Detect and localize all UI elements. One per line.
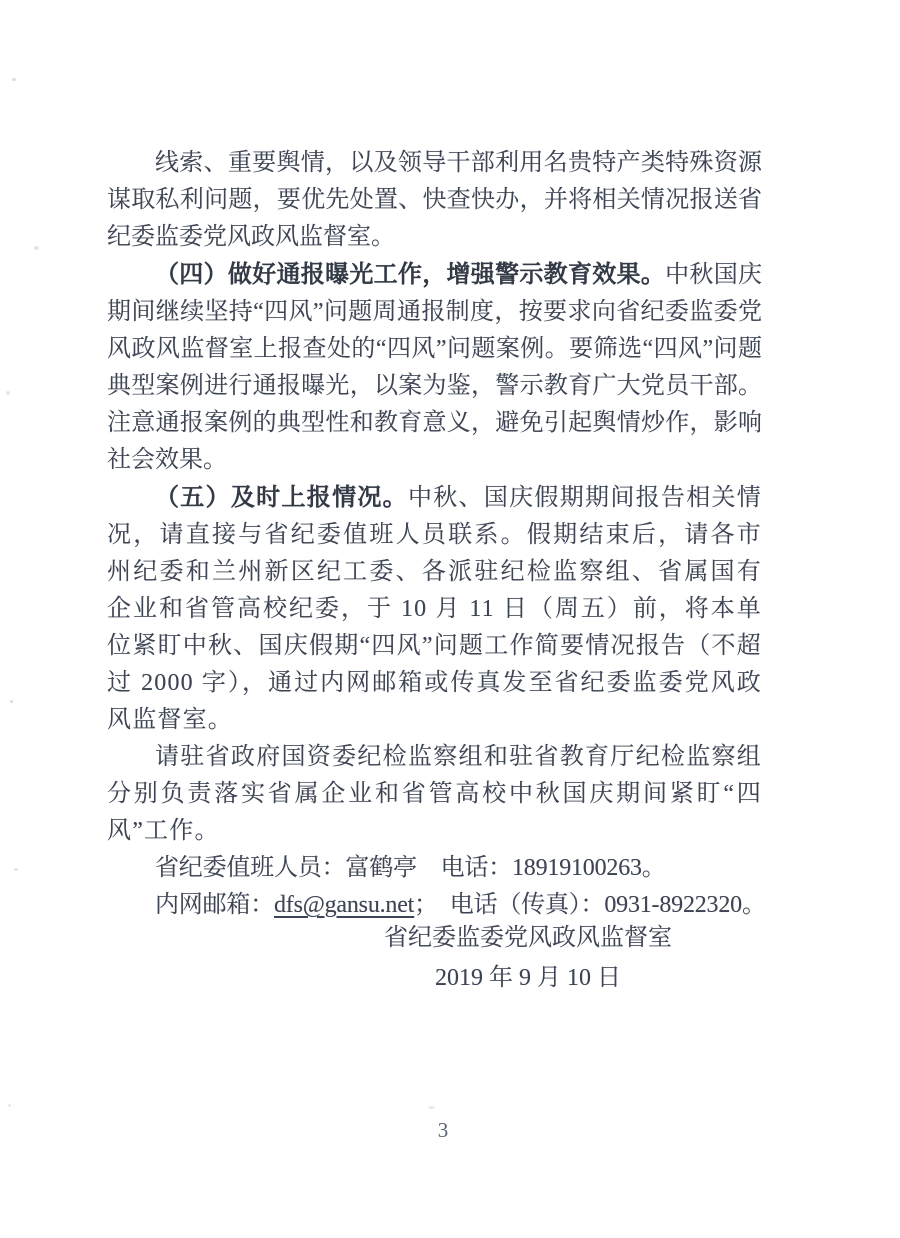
scanned-document-page: 线索、重要舆情，以及领导干部利用名贵特产类特殊资源谋取私利问题，要优先处置、快查… xyxy=(0,0,900,1238)
scan-speck xyxy=(6,391,10,395)
duty-officer-text: 省纪委值班人员：富鹤亭 电话：18919100263。 xyxy=(155,855,666,881)
paragraph-section-5: （五）及时上报情况。中秋、国庆假期期间报告相关情况，请直接与省纪委值班人员联系。… xyxy=(107,479,762,739)
signature-block: 省纪委监委党风政风监督室 2019 年 9 月 10 日 xyxy=(372,918,684,998)
section-5-heading: （五）及时上报情况。 xyxy=(155,484,408,511)
scan-speck xyxy=(10,700,13,703)
page-number: 3 xyxy=(0,1118,886,1143)
email-label: 内网邮箱： xyxy=(155,892,274,918)
fax-phone-text: ； 电话（传真）：0931-8922320。 xyxy=(414,892,766,918)
section-4-heading: （四）做好通报曝光工作，增强警示教育效果。 xyxy=(155,261,665,288)
paragraph-text: 请驻省政府国资委纪检监察组和驻省教育厅纪检监察组分别负责落实省属企业和省管高校中… xyxy=(107,744,762,844)
paragraph-continued: 线索、重要舆情，以及领导干部利用名贵特产类特殊资源谋取私利问题，要优先处置、快查… xyxy=(107,145,762,256)
document-body: 线索、重要舆情，以及领导干部利用名贵特产类特殊资源谋取私利问题，要优先处置、快查… xyxy=(107,145,762,924)
scan-speck xyxy=(12,78,16,81)
paragraph-text: 线索、重要舆情，以及领导干部利用名贵特产类特殊资源谋取私利问题，要优先处置、快查… xyxy=(107,150,762,250)
scan-speck xyxy=(428,1106,435,1109)
scan-speck xyxy=(34,246,39,250)
section-4-text: 中秋国庆期间继续坚持“四风”问题周通报制度，按要求向省纪委监委党风政风监督室上报… xyxy=(107,262,762,473)
section-5-text: 中秋、国庆假期期间报告相关情况，请直接与省纪委值班人员联系。假期结束后，请各市州… xyxy=(107,485,762,733)
paragraph-section-4: （四）做好通报曝光工作，增强警示教育效果。中秋国庆期间继续坚持“四风”问题周通报… xyxy=(107,256,762,479)
duty-officer-line: 省纪委值班人员：富鹤亭 电话：18919100263。 xyxy=(107,850,762,887)
scan-speck xyxy=(8,1104,11,1107)
signature-date: 2019 年 9 月 10 日 xyxy=(372,958,684,998)
signature-org: 省纪委监委党风政风监督室 xyxy=(372,918,684,958)
paragraph-assignment: 请驻省政府国资委纪检监察组和驻省教育厅纪检监察组分别负责落实省属企业和省管高校中… xyxy=(107,739,762,850)
scan-speck xyxy=(14,868,18,871)
email-address: dfs@gansu.net xyxy=(274,892,414,918)
